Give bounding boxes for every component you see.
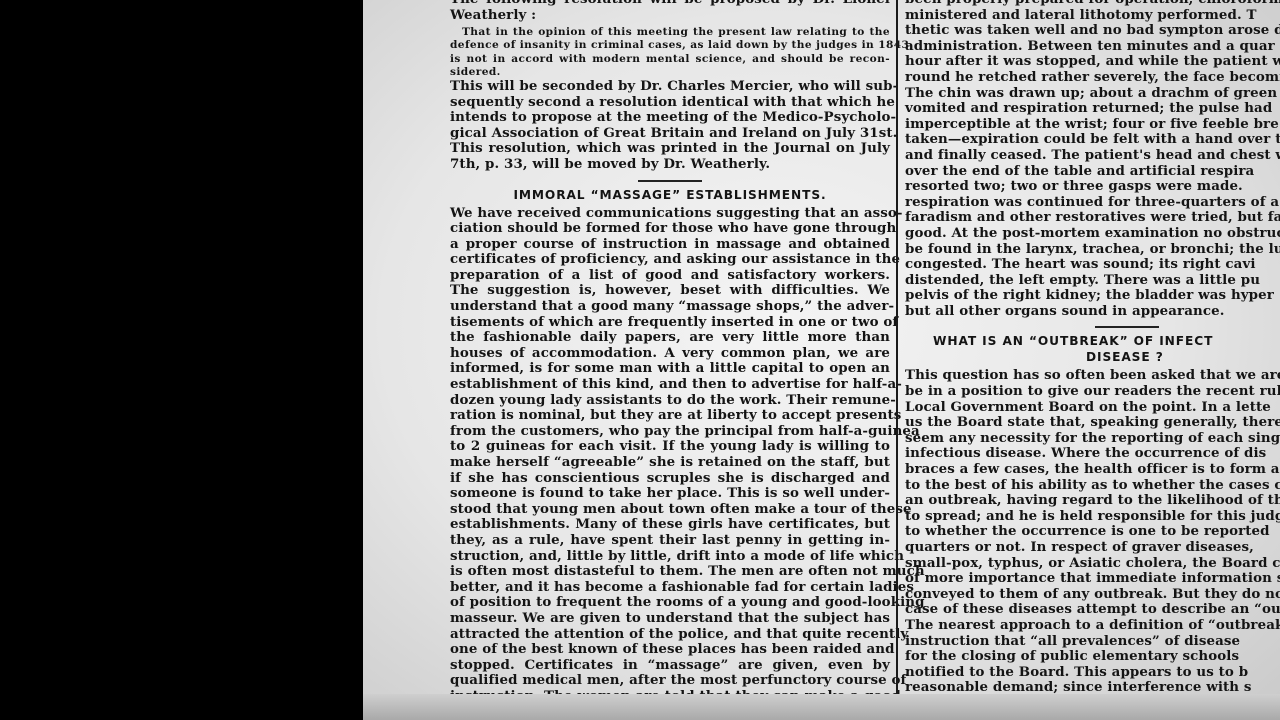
- text-line: respiration was continued for three-quar…: [905, 195, 1280, 211]
- text-line: pelvis of the right kidney; the bladder …: [905, 288, 1280, 304]
- text-line: for the closing of public elementary sch…: [905, 649, 1280, 665]
- lithotomy-case-report: been properly prepared for operation, ch…: [905, 0, 1280, 319]
- text-line: braces a few cases, the health officer i…: [905, 462, 1280, 478]
- text-line: The nearest approach to a definition of …: [905, 618, 1280, 634]
- text-line: 7th, p. 33, will be moved by Dr. Weather…: [450, 157, 890, 173]
- text-line: tisements of which are frequently insert…: [450, 315, 890, 331]
- text-line: distended, the left empty. There was a l…: [905, 273, 1280, 289]
- text-line: resorted two; two or three gasps were ma…: [905, 179, 1280, 195]
- text-line: be found in the larynx, trachea, or bron…: [905, 242, 1280, 258]
- text-line: informed, is for some man with a little …: [450, 361, 890, 377]
- text-line: of position to frequent the rooms of a y…: [450, 595, 890, 611]
- text-line: hour after it was stopped, and while the…: [905, 54, 1280, 70]
- text-line: defence of insanity in criminal cases, a…: [450, 39, 890, 52]
- text-line: to 2 guineas for each visit. If the youn…: [450, 439, 890, 455]
- text-line: congested. The heart was sound; its righ…: [905, 257, 1280, 273]
- right-column: been properly prepared for operation, ch…: [905, 0, 1280, 712]
- text-line: good. At the post-mortem examination no …: [905, 226, 1280, 242]
- text-line: but all other organs sound in appearance…: [905, 304, 1280, 320]
- resolution-text: That in the opinion of this meeting the …: [450, 26, 890, 79]
- text-line: intends to propose at the meeting of the…: [450, 110, 890, 126]
- text-line: faradism and other restoratives were tri…: [905, 210, 1280, 226]
- text-line: a proper course of instruction in massag…: [450, 237, 890, 253]
- text-line: vomited and respiration returned; the pu…: [905, 101, 1280, 117]
- text-line: infectious disease. Where the occurrence…: [905, 446, 1280, 462]
- massage-article-body: We have received communications suggesti…: [450, 206, 890, 705]
- text-line: quarters or not. In respect of graver di…: [905, 540, 1280, 556]
- text-line: and finally ceased. The patient's head a…: [905, 148, 1280, 164]
- text-line: if she has conscientious scruples she is…: [450, 471, 890, 487]
- text-line: This will be seconded by Dr. Charles Mer…: [450, 79, 890, 95]
- text-line: administration. Between ten minutes and …: [905, 39, 1280, 55]
- text-line: thetic was taken well and no bad sympton…: [905, 23, 1280, 39]
- text-line: taken—expiration could be felt with a ha…: [905, 132, 1280, 148]
- text-line: gical Association of Great Britain and I…: [450, 126, 890, 142]
- text-line: is often most distasteful to them. The m…: [450, 564, 890, 580]
- text-line: understand that a good many “massage sho…: [450, 299, 890, 315]
- text-line: they, as a rule, have spent their last p…: [450, 533, 890, 549]
- text-line: an outbreak, having regard to the likeli…: [905, 493, 1280, 509]
- section-separator: [1095, 326, 1159, 328]
- text-line: someone is found to take her place. This…: [450, 486, 890, 502]
- text-line: That in the opinion of this meeting the …: [450, 26, 890, 39]
- text-line: establishments. Many of these girls have…: [450, 517, 890, 533]
- text-line: to whether the occurrence is one to be r…: [905, 524, 1280, 540]
- text-line: reasonable demand; since interference wi…: [905, 680, 1280, 696]
- text-line: stopped. Certificates in “massage” are g…: [450, 658, 890, 674]
- text-line: seem any necessity for the reporting of …: [905, 431, 1280, 447]
- text-line: duties, such as is brought about by the …: [905, 696, 1280, 712]
- text-line: establishment of this kind, and then to …: [450, 377, 890, 393]
- text-line: better, and it has become a fashionable …: [450, 580, 890, 596]
- text-line: We have received communications suggesti…: [450, 206, 890, 222]
- left-column: The following resolution will be propose…: [450, 0, 890, 705]
- text-line: This resolution, which was printed in th…: [450, 141, 890, 157]
- text-line: the fashionable daily papers, are very l…: [450, 330, 890, 346]
- text-line: Local Government Board on the point. In …: [905, 400, 1280, 416]
- text-line: is not in accord with modern mental scie…: [450, 53, 890, 66]
- seconding-paragraph: This will be seconded by Dr. Charles Mer…: [450, 79, 890, 173]
- text-line: attracted the attention of the police, a…: [450, 627, 890, 643]
- text-line: case of these diseases attempt to descri…: [905, 602, 1280, 618]
- text-line: one of the best known of these places ha…: [450, 642, 890, 658]
- text-line: masseur. We are given to understand that…: [450, 611, 890, 627]
- outbreak-article-body: This question has so often been asked th…: [905, 368, 1280, 711]
- text-line: sequently second a resolution identical …: [450, 95, 890, 111]
- text-line: dozen young lady assistants to do the wo…: [450, 393, 890, 409]
- text-line: instruction. The women are told that the…: [450, 689, 890, 705]
- text-line: stood that young men about town often ma…: [450, 502, 890, 518]
- text-line: This question has so often been asked th…: [905, 368, 1280, 384]
- text-line: struction, and, little by little, drift …: [450, 549, 890, 565]
- text-line: ciation should be formed for those who h…: [450, 221, 890, 237]
- text-line: ration is nominal, but they are at liber…: [450, 408, 890, 424]
- text-line: The chin was drawn up; about a drachm of…: [905, 86, 1280, 102]
- text-line: be in a position to give our readers the…: [905, 384, 1280, 400]
- text-line: to spread; and he is held responsible fo…: [905, 509, 1280, 525]
- text-line: ministered and lateral lithotomy perform…: [905, 8, 1280, 24]
- column-divider: [896, 0, 898, 704]
- text-line: qualified medical men, after the most pe…: [450, 673, 890, 689]
- text-line: conveyed to them of any outbreak. But th…: [905, 587, 1280, 603]
- text-line: us the Board state that, speaking genera…: [905, 415, 1280, 431]
- outbreak-article-heading-cont: DISEASE ?: [905, 349, 1280, 365]
- section-separator: [638, 180, 702, 182]
- text-line: make herself “agreeable” she is retained…: [450, 455, 890, 471]
- text-line: The suggestion is, however, beset with d…: [450, 283, 890, 299]
- massage-article-heading: IMMORAL “MASSAGE” ESTABLISHMENTS.: [450, 187, 890, 203]
- text-line: instruction that “all prevalences” of di…: [905, 634, 1280, 650]
- text-line: houses of accommodation. A very common p…: [450, 346, 890, 362]
- text-line: over the end of the table and artificial…: [905, 164, 1280, 180]
- scanned-journal-page: The following resolution will be propose…: [363, 0, 1280, 720]
- text-line: certificates of proficiency, and asking …: [450, 252, 890, 268]
- text-line: from the customers, who pay the principa…: [450, 424, 890, 440]
- outbreak-article-heading: WHAT IS AN “OUTBREAK” OF INFECT: [905, 333, 1280, 349]
- text-line: round he retched rather severely, the fa…: [905, 70, 1280, 86]
- text-line: small-pox, typhus, or Asiatic cholera, t…: [905, 556, 1280, 572]
- text-line: notified to the Board. This appears to u…: [905, 665, 1280, 681]
- text-line: imperceptible at the wrist; four or five…: [905, 117, 1280, 133]
- text-line: Weatherly :: [450, 8, 890, 24]
- text-line: to the best of his ability as to whether…: [905, 478, 1280, 494]
- resolution-intro: The following resolution will be propose…: [450, 0, 890, 23]
- text-line: preparation of a list of good and satisf…: [450, 268, 890, 284]
- text-line: of more importance that immediate inform…: [905, 571, 1280, 587]
- text-line: sidered.: [450, 66, 890, 79]
